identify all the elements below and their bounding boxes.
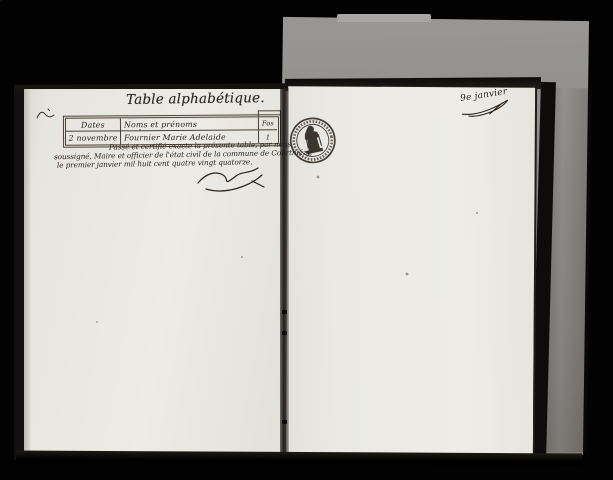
binding-stitch (282, 420, 287, 424)
left-page: Table alphabétique. Dates Noms et prénom… (24, 89, 285, 457)
col-header-folio: Fos (259, 117, 277, 130)
folio-column-tab (258, 110, 281, 116)
page-edge-strip (337, 14, 431, 22)
page-title: Table alphabétique. (126, 90, 265, 108)
right-page: 9e janvier (286, 86, 537, 458)
binding-stitch (282, 310, 287, 314)
col-header-dates: Dates (66, 118, 121, 131)
round-ink-stamp-icon (284, 112, 341, 169)
binding-stitch (282, 331, 287, 335)
col-header-names: Noms et prénoms (121, 117, 259, 131)
signature-mark (194, 165, 270, 195)
margin-mark (34, 105, 58, 123)
scanned-register-photo: 9e janvier Table alphabétique. Dates Nom… (0, 0, 613, 480)
book-gutter (280, 88, 289, 458)
bottom-page-edge (16, 451, 582, 466)
ink-specks (0, 0, 2, 2)
